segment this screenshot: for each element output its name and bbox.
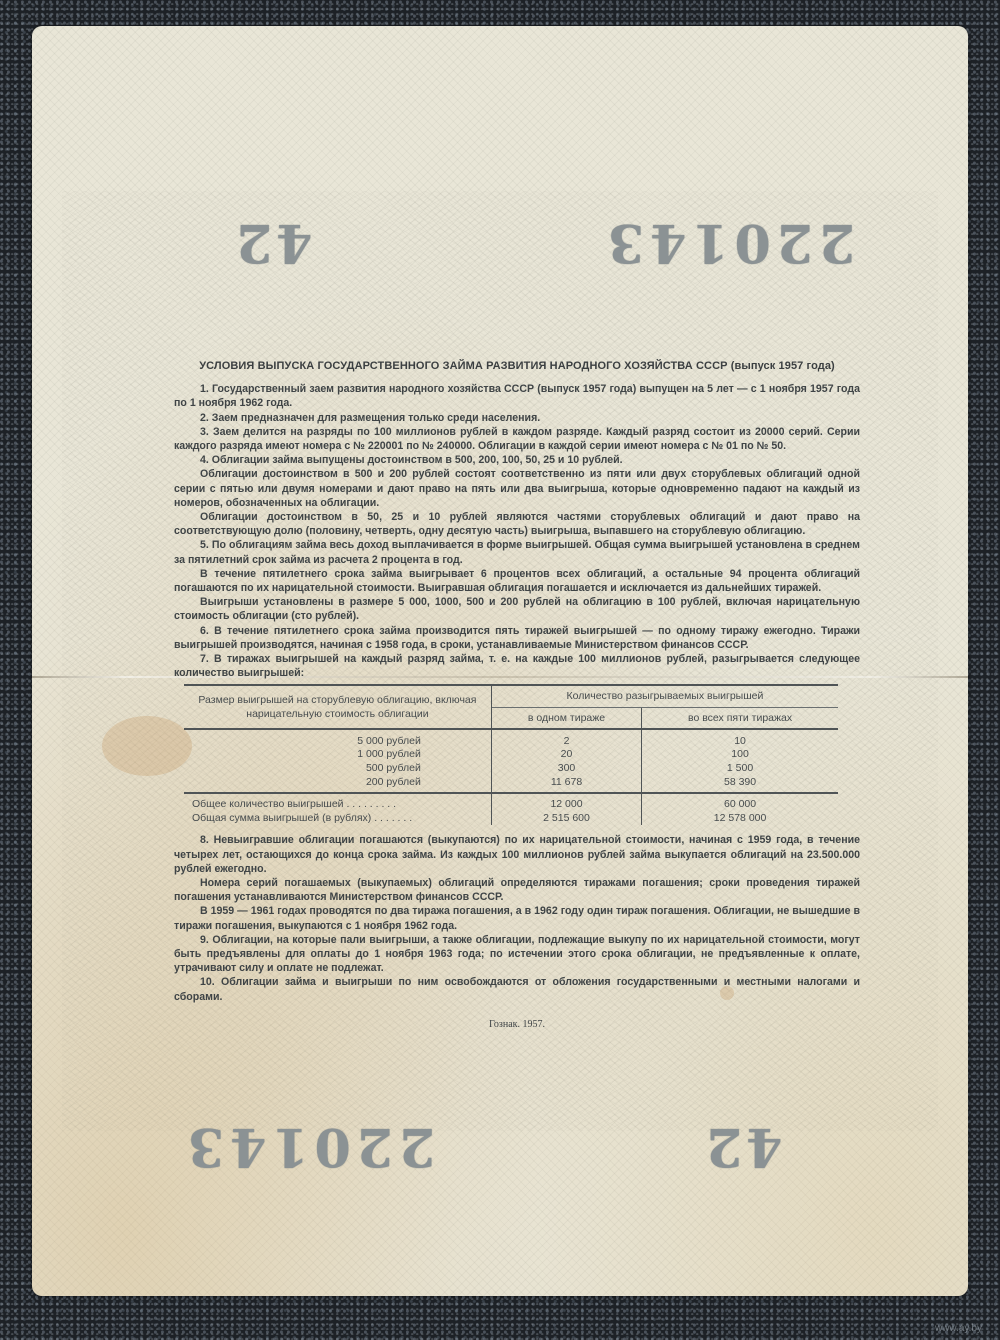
total-row: Общее количество выигрышей . . . . . . .… bbox=[184, 793, 838, 812]
paragraph: В течение пятилетнего срока займа выигры… bbox=[174, 567, 860, 595]
total-five-draws: 12 578 000 bbox=[642, 812, 838, 826]
count-five-draws: 58 390 bbox=[642, 776, 838, 794]
paragraph: 1. Государственный заем развития народно… bbox=[174, 382, 860, 410]
paragraph: 2. Заем предназначен для размещения толь… bbox=[174, 411, 860, 425]
total-five-draws: 60 000 bbox=[642, 793, 838, 812]
series-number-top: 42 bbox=[232, 212, 312, 273]
serial-number-top: 220143 bbox=[602, 212, 855, 273]
col-header-one-draw: в одном тираже bbox=[491, 707, 641, 729]
total-one-draw: 12 000 bbox=[491, 793, 641, 812]
paragraph: 9. Облигации, на которые пали выигрыши, … bbox=[174, 933, 860, 976]
paragraphs-after-table: 8. Невыигравшие облигации погашаются (вы… bbox=[174, 833, 860, 1003]
prize-row: 500 рублей3001 500 bbox=[184, 762, 838, 776]
prize-row: 200 рублей11 67858 390 bbox=[184, 776, 838, 794]
series-number-bottom: 42 bbox=[702, 1116, 782, 1177]
terms-text: УСЛОВИЯ ВЫПУСКА ГОСУДАРСТВЕННОГО ЗАЙМА Р… bbox=[174, 328, 860, 1032]
prize-amount: 5 000 рублей bbox=[184, 729, 491, 749]
col-header-prize: Размер выигрышей на сторублевую облигаци… bbox=[184, 685, 491, 728]
paragraph: 7. В тиражах выигрышей на каждый разряд … bbox=[174, 652, 860, 680]
bond-sheet: 42 220143 220143 42 УСЛОВИЯ ВЫПУСКА ГОСУ… bbox=[32, 26, 968, 1296]
col-header-five-draws: во всех пяти тиражах bbox=[642, 707, 838, 729]
prize-amount: 1 000 рублей bbox=[184, 748, 491, 762]
prize-row: 5 000 рублей210 bbox=[184, 729, 838, 749]
total-label: Общее количество выигрышей . . . . . . .… bbox=[184, 793, 491, 812]
paragraph: Выигрыши установлены в размере 5 000, 10… bbox=[174, 595, 860, 623]
prize-table: Размер выигрышей на сторублевую облигаци… bbox=[184, 684, 838, 825]
printer-mark: Гознак. 1957. bbox=[174, 1018, 860, 1032]
count-one-draw: 300 bbox=[491, 762, 641, 776]
count-one-draw: 2 bbox=[491, 729, 641, 749]
paragraph: 10. Облигации займа и выигрыши по ним ос… bbox=[174, 975, 860, 1003]
paragraph: 3. Заем делится на разряды по 100 миллио… bbox=[174, 425, 860, 453]
paragraph: 6. В течение пятилетнего срока займа про… bbox=[174, 624, 860, 652]
paragraphs-before-table: 1. Государственный заем развития народно… bbox=[174, 382, 860, 680]
count-five-draws: 10 bbox=[642, 729, 838, 749]
paragraph: Облигации достоинством в 500 и 200 рубле… bbox=[174, 467, 860, 510]
total-label: Общая сумма выигрышей (в рублях) . . . .… bbox=[184, 812, 491, 826]
count-five-draws: 100 bbox=[642, 748, 838, 762]
prize-row: 1 000 рублей20100 bbox=[184, 748, 838, 762]
prize-amount: 500 рублей bbox=[184, 762, 491, 776]
count-one-draw: 11 678 bbox=[491, 776, 641, 794]
prize-amount: 200 рублей bbox=[184, 776, 491, 794]
count-one-draw: 20 bbox=[491, 748, 641, 762]
paragraph: Облигации достоинством в 50, 25 и 10 руб… bbox=[174, 510, 860, 538]
paragraph: 5. По облигациям займа весь доход выплач… bbox=[174, 538, 860, 566]
paragraph: В 1959 — 1961 годах проводятся по два ти… bbox=[174, 904, 860, 932]
total-row: Общая сумма выигрышей (в рублях) . . . .… bbox=[184, 812, 838, 826]
serial-number-bottom: 220143 bbox=[182, 1116, 435, 1177]
paragraph: Номера серий погашаемых (выкупаемых) обл… bbox=[174, 876, 860, 904]
paragraph: 8. Невыигравшие облигации погашаются (вы… bbox=[174, 833, 860, 876]
site-watermark: www.ay.by bbox=[935, 1323, 982, 1334]
count-five-draws: 1 500 bbox=[642, 762, 838, 776]
paragraph: 4. Облигации займа выпущены достоинством… bbox=[174, 453, 860, 467]
col-header-group: Количество разыгрываемых выигрышей bbox=[491, 685, 838, 707]
terms-heading: УСЛОВИЯ ВЫПУСКА ГОСУДАРСТВЕННОГО ЗАЙМА Р… bbox=[174, 359, 860, 373]
total-one-draw: 2 515 600 bbox=[491, 812, 641, 826]
